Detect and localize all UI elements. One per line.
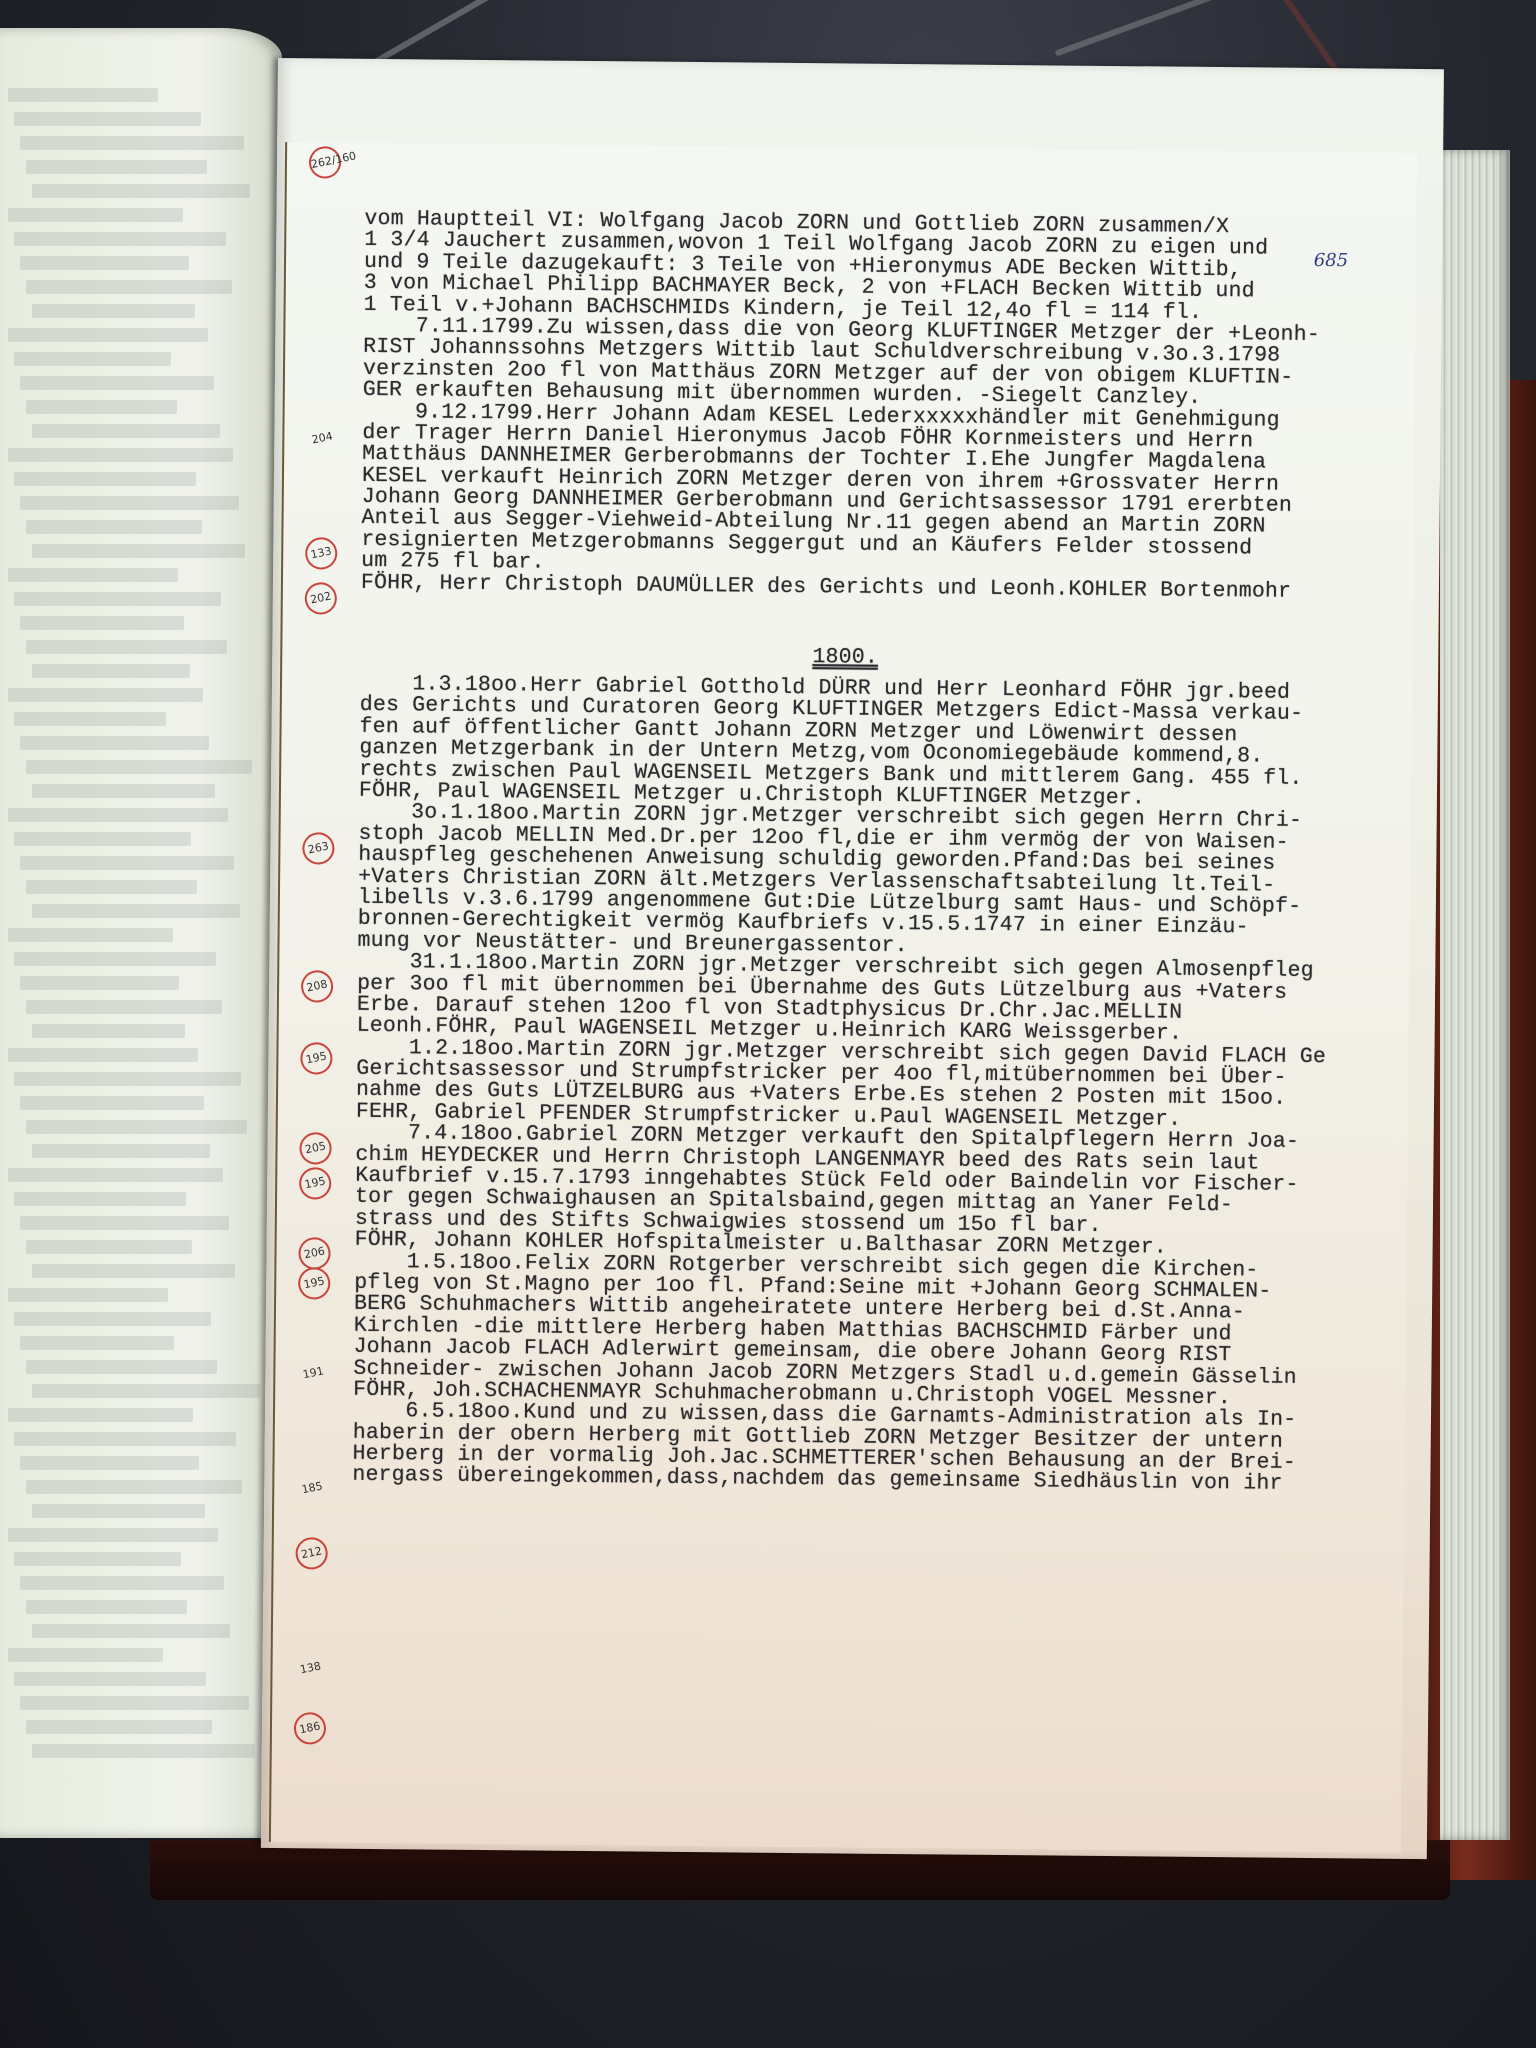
bleed-through-line [26,760,252,774]
bleed-through-line [26,1120,247,1134]
bleed-through-line [32,1144,210,1158]
bleed-through-line [26,1000,222,1014]
bleed-through-line [14,1672,206,1686]
margin-annotation: 212 [293,1535,331,1573]
bleed-through-line [8,448,233,462]
bleed-through-line [14,232,226,246]
bleed-through-line [32,1384,260,1398]
bleed-through-line [8,328,208,342]
bleed-through-line [26,400,177,414]
margin-annotation: 185 [293,1470,331,1508]
bleed-through-line [20,496,239,510]
bleed-through-line [26,1480,242,1494]
bleed-through-line [8,688,203,702]
bleed-through-line [32,304,195,318]
bleed-through-line [8,1408,193,1422]
bleed-through-line [14,352,171,366]
bleed-through-line [26,520,202,534]
bleed-through-line [26,1360,217,1374]
margin-annotation: 263 [300,830,338,868]
bleed-through-line [20,376,214,390]
bleed-through-line [8,88,158,102]
bleed-through-line [14,712,166,726]
margin-annotation: 191 [295,1355,333,1393]
bleed-through-line [20,976,179,990]
margin-annotation: 195 [295,1265,333,1303]
bleed-through-line [8,568,178,582]
bleed-through-line [14,1552,181,1566]
bleed-through-line [32,1744,255,1758]
bleed-through-line [26,640,227,654]
bleed-through-line [26,1240,192,1254]
bleed-through-line [8,208,183,222]
margin-annotation: 202 [302,580,340,618]
bleed-through-line [14,952,216,966]
margin-annotation: 133 [302,535,340,573]
bleed-through-line [8,1048,198,1062]
bleed-through-line [8,808,228,822]
margin-annotation: 204 [303,420,341,458]
bleed-through-line [20,136,244,150]
bleed-through-line [32,784,215,798]
bleed-through-line [32,544,245,558]
bleed-through-line [32,424,220,438]
bleed-through-line [20,736,209,750]
bleed-through-line [20,616,184,630]
bleed-through-line [8,928,173,942]
margin-annotation: 195 [296,1165,334,1203]
left-page [0,28,282,1838]
margin-annotations: 262/160204133202263208195205195206195191… [287,142,1417,153]
bleed-through-line [8,1168,223,1182]
margin-annotation: 138 [292,1650,330,1688]
margin-annotation: 195 [298,1040,336,1078]
bleed-through-line [20,1216,229,1230]
bleed-through-line [14,1432,236,1446]
bleed-through-line [32,1024,185,1038]
bleed-through-line [20,1336,174,1350]
bleed-through-line [20,856,234,870]
margin-annotation: 208 [298,968,336,1006]
bleed-through-line [14,112,201,126]
page-stack [1440,150,1510,1840]
bleed-through-line [26,1720,212,1734]
bleed-through-line [32,1264,235,1278]
document-body: vom Hauptteil VI: Wolfgang Jacob ZORN un… [352,209,1404,1497]
typed-sheet: 685 vom Hauptteil VI: Wolfgang Jacob ZOR… [269,142,1417,1853]
bleed-through-line [20,1576,224,1590]
bleed-through-line [26,160,207,174]
margin-annotation: 262/160 [306,144,344,182]
bleed-through-line [32,904,240,918]
bleed-through-line [32,1624,230,1638]
bleed-through-line [14,1312,211,1326]
bleed-through-line [20,256,189,270]
bleed-through-line [14,472,196,486]
bleed-through-line [26,1600,187,1614]
bleed-through-line [20,1696,249,1710]
bleed-through-line [20,1096,204,1110]
bleed-through-line [8,1648,163,1662]
bleed-through-line [8,1528,218,1542]
bleed-through-line [20,1456,199,1470]
bleed-through-line [14,1072,241,1086]
margin-annotation: 186 [291,1710,329,1748]
margin-annotation: 205 [297,1130,335,1168]
bleed-through-line [32,184,250,198]
bleed-through-line [14,832,191,846]
background-streak [1054,0,1225,57]
bleed-through-line [8,1288,168,1302]
bleed-through-line [14,592,221,606]
right-page: 685 vom Hauptteil VI: Wolfgang Jacob ZOR… [261,58,1444,1859]
bleed-through-line [14,1192,186,1206]
bleed-through-line [26,880,197,894]
bleed-through-line [32,1504,205,1518]
bleed-through-line [32,664,190,678]
bleed-through-line [26,280,232,294]
